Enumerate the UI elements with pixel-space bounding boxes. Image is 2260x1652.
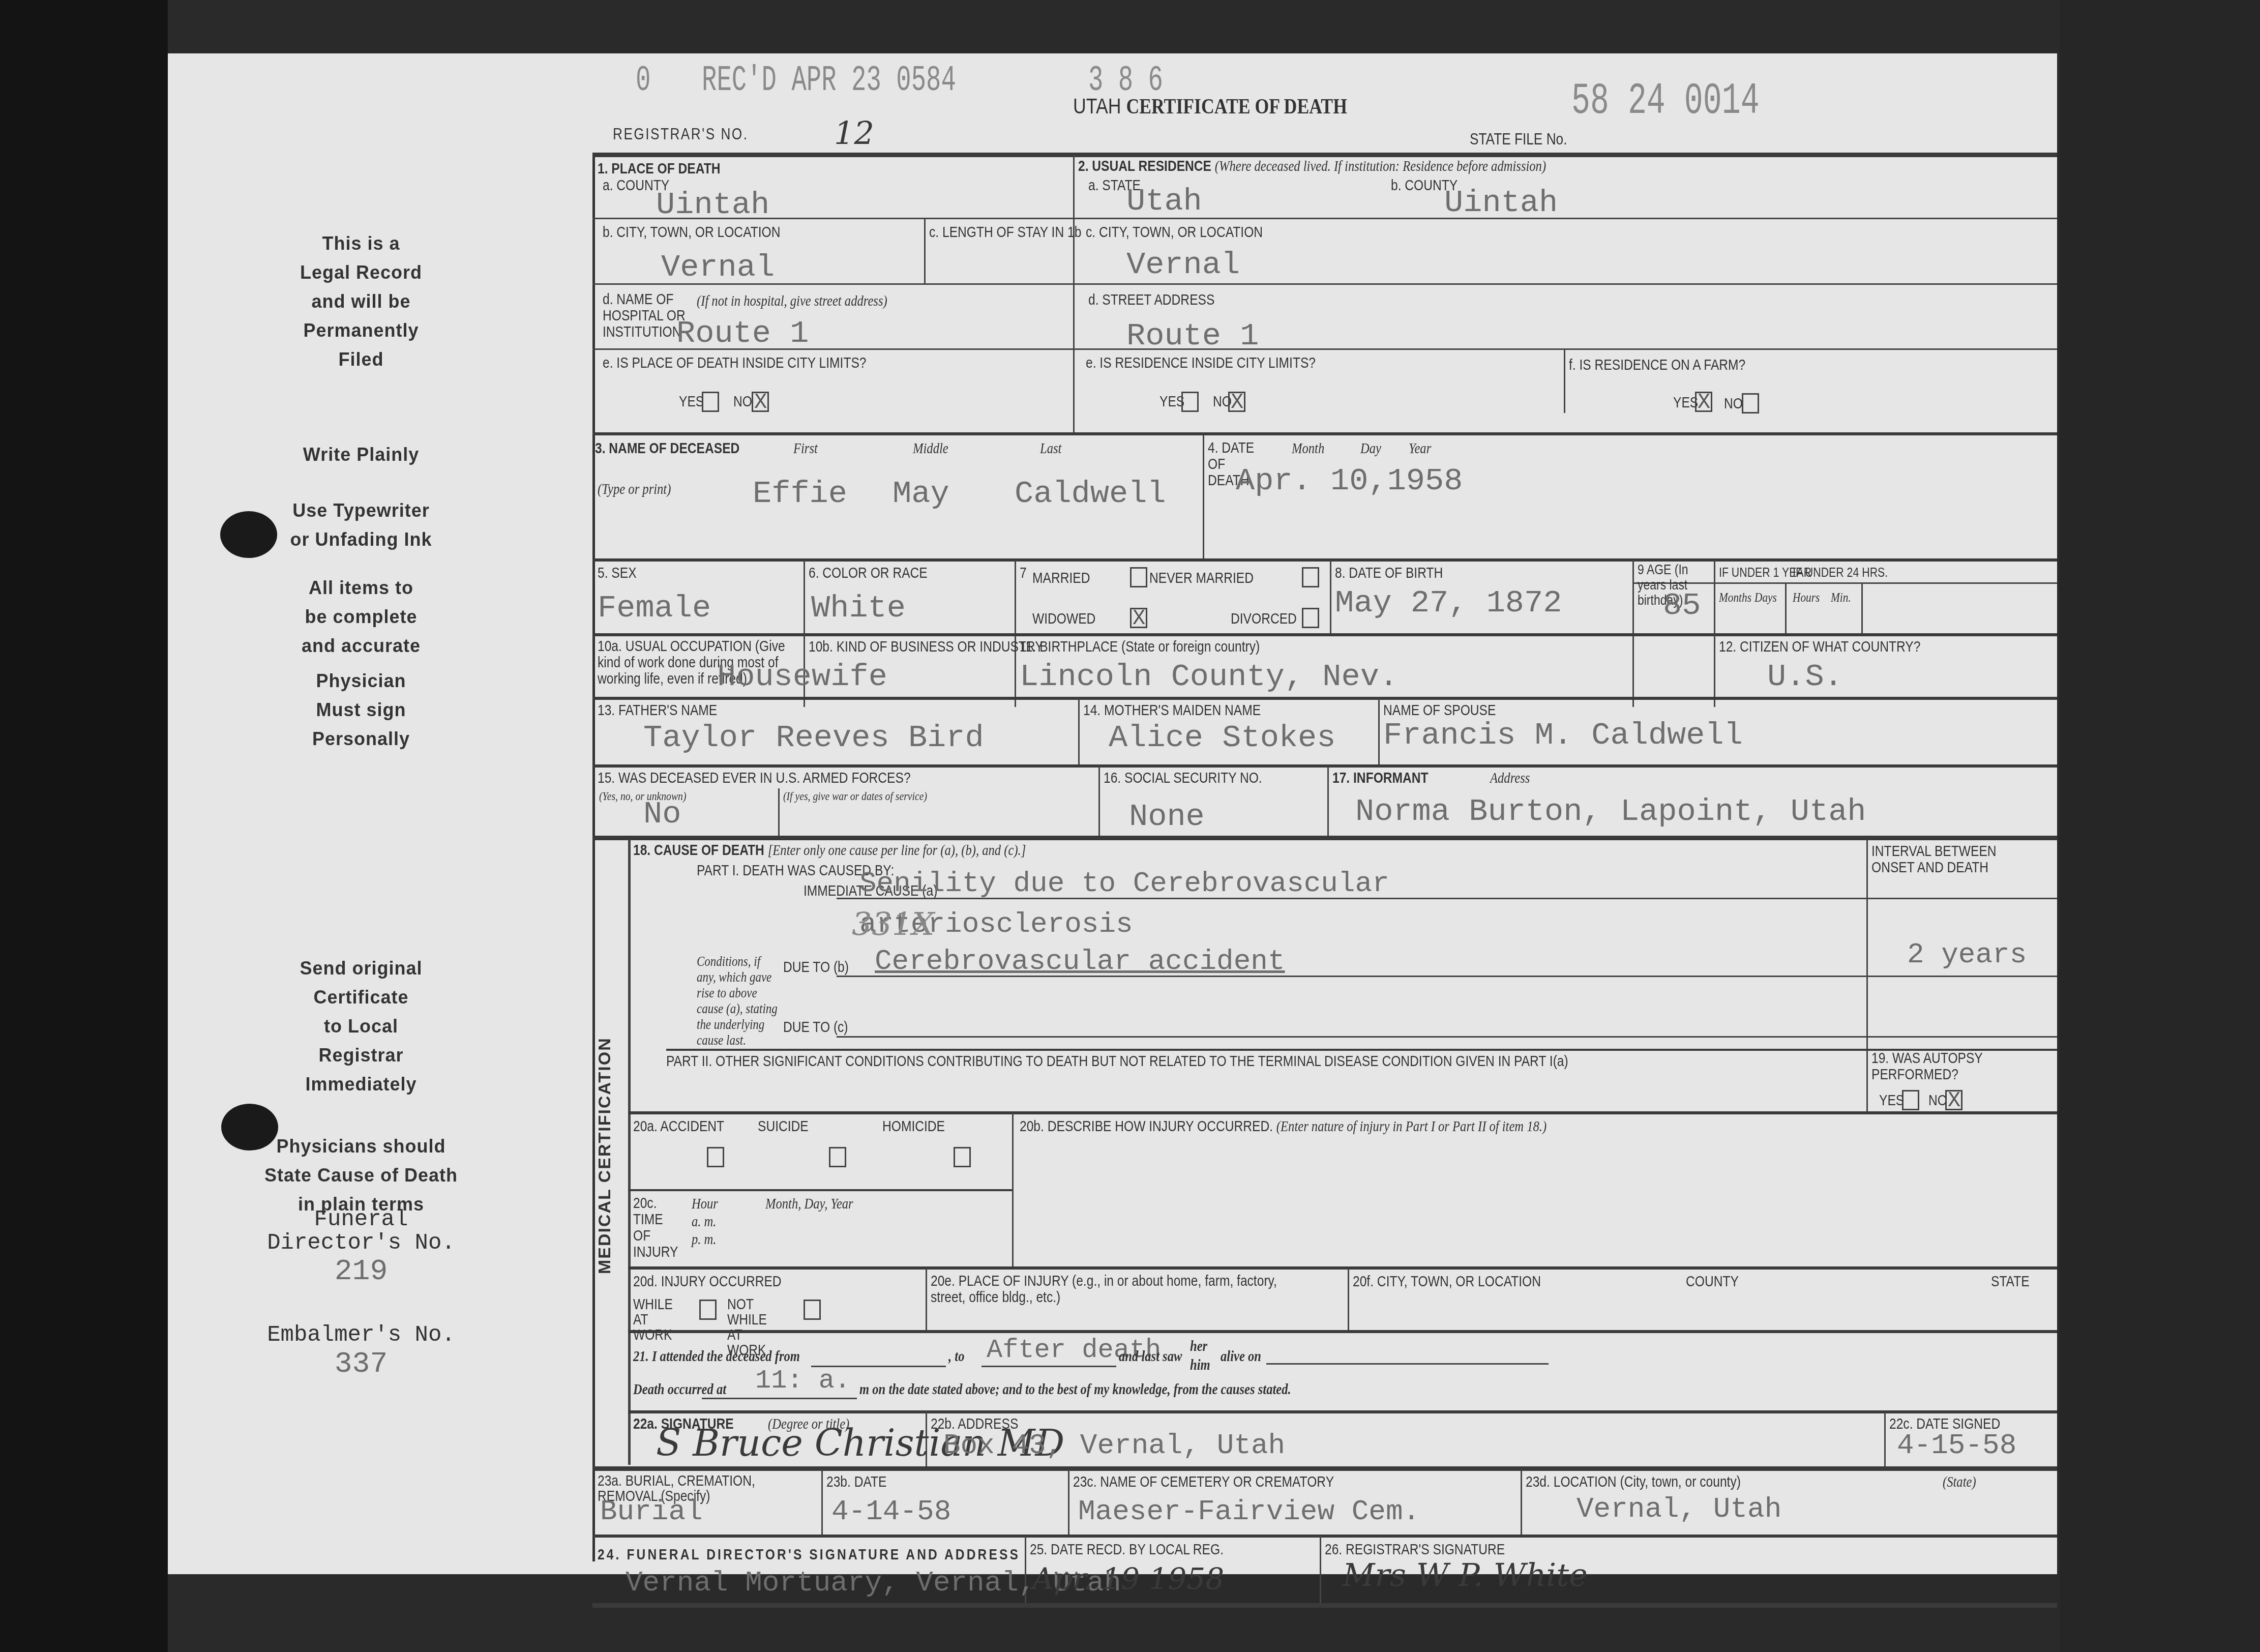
divider: [778, 788, 780, 837]
line-a: [837, 898, 2057, 899]
divider: [1320, 1536, 1321, 1605]
row-rule: [592, 1535, 2057, 1538]
state-file-number: 58 24 0014: [1571, 76, 1760, 127]
divider: [1348, 1268, 1349, 1332]
year-label: Year: [1409, 440, 1431, 457]
burial-location-label: 23d. LOCATION (City, town, or county): [1526, 1473, 1741, 1491]
dob-label: 8. DATE OF BIRTH: [1335, 565, 1443, 582]
armed-forces: No: [643, 796, 681, 832]
date-received-label: 25. DATE RECD. BY LOCAL REG.: [1030, 1541, 1224, 1558]
divider: [1073, 155, 1075, 435]
res-city: Vernal: [1126, 247, 1240, 283]
divider: [926, 1268, 927, 1332]
sex: Female: [598, 590, 711, 626]
autopsy-yes-checkbox[interactable]: [1902, 1090, 1919, 1110]
row-rule: [592, 1466, 2057, 1471]
injury-state-label: STATE: [1991, 1273, 2030, 1290]
registrars-no-label: REGISTRAR'S NO.: [613, 125, 748, 143]
name-hint: (Type or print): [598, 481, 671, 498]
place-of-death-hospital: Route 1: [676, 315, 809, 351]
death-time-line: [702, 1398, 857, 1399]
row-rule: [628, 1410, 2057, 1413]
deceased-last: Caldwell: [1015, 476, 1166, 512]
margin-note-send-original: Send original Certificate to Local Regis…: [168, 954, 554, 1099]
citizen-label: 12. CITIZEN OF WHAT COUNTRY?: [1719, 638, 1920, 656]
burial-location: Vernal, Utah: [1577, 1493, 1781, 1525]
res-county: Uintah: [1444, 185, 1558, 221]
place-of-death-label: 1. PLACE OF DEATH: [598, 160, 720, 178]
divider: [1330, 559, 1331, 634]
ssn: None: [1129, 799, 1205, 835]
farm-yes-checkbox[interactable]: [1695, 392, 1712, 412]
death-occurred-suffix: m on the date stated above; and to the b…: [859, 1381, 1291, 1398]
widowed-checkbox[interactable]: [1130, 608, 1147, 628]
divider: [924, 219, 926, 284]
line-c: [837, 1036, 2057, 1038]
homicide-label: HOMICIDE: [882, 1118, 945, 1135]
birthplace-label: 11. BIRTHPLACE (State or foreign country…: [1020, 638, 1260, 656]
autopsy-label: 19. WAS AUTOPSY PERFORMED?: [1871, 1050, 2026, 1083]
registrar-signature: Mrs W P. White: [1343, 1556, 1588, 1594]
hospital-label: d. NAME OFHOSPITAL ORINSTITUTION: [603, 291, 686, 340]
accident-checkbox[interactable]: [707, 1147, 724, 1167]
married-checkbox[interactable]: [1130, 567, 1147, 587]
res-yes-label: YES: [1159, 393, 1184, 410]
title-text: CERTIFICATE OF DEATH: [1126, 95, 1347, 119]
divorced-label: DIVORCED: [1231, 610, 1297, 628]
city-label: b. CITY, TOWN, OR LOCATION: [603, 224, 780, 241]
date-of-birth: May 27, 1872: [1335, 585, 1562, 621]
injury-occurred-label: 20d. INJURY OCCURRED: [633, 1273, 782, 1290]
certificate-title: UTAH CERTIFICATE OF DEATH: [1073, 94, 1347, 119]
middle-label: Middle: [913, 440, 948, 457]
hours-label: Hours: [1793, 590, 1820, 605]
burial-date: 4-14-58: [831, 1495, 951, 1528]
last-saw-label: and last saw: [1119, 1348, 1182, 1365]
due-to-b-label: DUE TO (b): [783, 959, 849, 976]
pm-label: p. m.: [692, 1231, 717, 1248]
margin-note-legal-record: This is a Legal Record and will be Perma…: [168, 229, 554, 374]
usual-residence-label: 2. USUAL RESIDENCE (Where deceased lived…: [1078, 158, 1546, 175]
res-inside-city-label: e. IS RESIDENCE INSIDE CITY LIMITS?: [1086, 355, 1316, 372]
disposition: Burial: [600, 1495, 703, 1528]
pod-inside-city-yes-checkbox[interactable]: [702, 392, 719, 412]
cemetery: Maeser-Fairview Cem.: [1078, 1495, 1420, 1528]
row-rule: [666, 1049, 2057, 1051]
deceased-middle: May: [893, 476, 949, 512]
never-married-label: NEVER MARRIED: [1149, 570, 1254, 587]
under-24-hrs-label: IF UNDER 24 HRS.: [1793, 565, 1888, 580]
farm-no-label: NO: [1724, 395, 1743, 412]
her-label: her: [1190, 1338, 1207, 1355]
birthplace: Lincoln County, Nev.: [1020, 659, 1398, 695]
row-rule: [592, 764, 2057, 768]
never-married-checkbox[interactable]: [1302, 567, 1319, 587]
divider: [1327, 765, 1329, 837]
attended-to-label: , to: [948, 1348, 964, 1365]
row-rule: [592, 348, 2057, 350]
farm-yes-label: YES: [1673, 394, 1698, 411]
row-rule: [592, 218, 2057, 219]
due-to-b: Cerebrovascular accident: [875, 945, 1285, 978]
him-label: him: [1190, 1356, 1210, 1374]
funeral-director-label: 24. FUNERAL DIRECTOR'S SIGNATURE AND ADD…: [598, 1546, 1020, 1563]
last-label: Last: [1040, 440, 1061, 457]
physician-address: Box 43, Vernal, Utah: [943, 1429, 1285, 1462]
name-deceased-label: 3. NAME OF DECEASED: [595, 440, 739, 457]
mother-label: 14. MOTHER'S MAIDEN NAME: [1083, 702, 1261, 719]
divider: [1564, 349, 1565, 413]
margin-note-complete: All items to be complete and accurate: [168, 573, 554, 660]
place-injury-label: 20e. PLACE OF INJURY (e.g., in or about …: [931, 1273, 1306, 1306]
autopsy-no-label: NO: [1928, 1092, 1947, 1109]
divider: [1078, 698, 1080, 765]
row-rule: [628, 1189, 1012, 1191]
time-injury-label: 20c. TIME OF INJURY: [633, 1195, 679, 1260]
row-rule: [592, 836, 2057, 840]
pod-no-label: NO: [733, 393, 752, 410]
date-signed: 4-15-58: [1897, 1429, 2016, 1462]
registrar-signature-label: 26. REGISTRAR'S SIGNATURE: [1325, 1541, 1505, 1558]
res-city-label: c. CITY, TOWN, OR LOCATION: [1086, 224, 1263, 241]
day-label: Day: [1360, 440, 1381, 457]
days-label: Days: [1755, 590, 1777, 605]
immediate-cause-line1: Senility due to Cerebrovascular: [859, 867, 1389, 900]
death-occurred-label: Death occurred at: [633, 1381, 726, 1398]
divider: [1378, 698, 1380, 765]
describe-injury-label: 20b. DESCRIBE HOW INJURY OCCURRED. (Ente…: [1020, 1118, 1547, 1135]
months-label: Months: [1719, 590, 1751, 605]
row-rule: [592, 697, 2057, 700]
month-label: Month: [1292, 440, 1324, 457]
min-label: Min.: [1831, 590, 1851, 605]
divider: [1884, 1411, 1886, 1467]
armed-forces-hint-2: (If yes, give war or dates of service): [783, 790, 927, 804]
row-rule: [628, 1330, 2057, 1333]
while-at-work-checkbox[interactable]: [699, 1300, 717, 1320]
address-label: Address: [1490, 770, 1530, 787]
stamp-received: REC'D APR 23 0584: [702, 61, 956, 101]
divider: [1785, 582, 1787, 634]
burial-date-label: 23b. DATE: [826, 1473, 887, 1491]
age: 85: [1663, 587, 1701, 624]
film-border-right: [2060, 0, 2260, 1652]
divider: [1866, 839, 1868, 1111]
stamp-prefix: 0: [636, 61, 650, 101]
autopsy-yes-label: YES: [1879, 1092, 1904, 1109]
autopsy-no-checkbox[interactable]: [1945, 1090, 1962, 1110]
spouse-name: Francis M. Caldwell: [1383, 717, 1743, 753]
hospital-hint: (If not in hospital, give street address…: [697, 292, 887, 310]
length-of-stay-label: c. LENGTH OF STAY IN 1b: [929, 224, 1081, 241]
injury-county-label: COUNTY: [1686, 1273, 1739, 1290]
alive-on-line: [1266, 1363, 1549, 1365]
date-received: Apr. 19 1958: [1032, 1561, 1224, 1596]
pod-inside-city-no-checkbox[interactable]: [752, 392, 769, 412]
margin-note-typewriter: Use Typewriter or Unfading Ink: [168, 496, 554, 554]
res-inside-city-yes-checkbox[interactable]: [1181, 392, 1199, 412]
hour-label: Hour: [692, 1195, 718, 1213]
mother-name: Alice Stokes: [1109, 720, 1335, 756]
line-b: [837, 976, 2057, 977]
not-while-at-work-checkbox[interactable]: [804, 1300, 821, 1320]
burial-state-label: (State): [1943, 1473, 1976, 1491]
father-name: Taylor Reeves Bird: [643, 720, 984, 756]
divorced-checkbox[interactable]: [1302, 608, 1319, 628]
registrars-no: 12: [834, 114, 874, 152]
row-rule: [592, 558, 2057, 562]
race: White: [811, 590, 906, 626]
attended-to-line: [982, 1366, 1116, 1367]
armed-forces-label: 15. WAS DECEASED EVER IN U.S. ARMED FORC…: [598, 770, 911, 787]
while-at-work-label: WHILE AT WORK: [633, 1297, 679, 1343]
sex-label: 5. SEX: [598, 565, 637, 582]
father-label: 13. FATHER'S NAME: [598, 702, 717, 719]
state-file-no-label: STATE FILE No.: [1470, 130, 1567, 149]
row-rule: [628, 1266, 2057, 1270]
margin-note-write-plainly: Write Plainly: [168, 440, 554, 469]
pod-yes-label: YES: [679, 393, 704, 410]
form-top-rule: [592, 153, 2057, 157]
married-label: MARRIED: [1032, 570, 1090, 587]
attended-label: 21. I attended the deceased from: [633, 1348, 800, 1365]
medical-certification-label: MEDICAL CERTIFICATION: [595, 1037, 615, 1274]
widowed-label: WIDOWED: [1032, 610, 1095, 628]
interval: 2 years: [1907, 938, 2027, 971]
homicide-checkbox[interactable]: [954, 1147, 971, 1167]
divider: [821, 1470, 823, 1536]
cemetery-label: 23c. NAME OF CEMETERY OR CREMATORY: [1073, 1473, 1334, 1491]
cause-label: 18. CAUSE OF DEATH [Enter only one cause…: [633, 842, 1026, 859]
funeral-director-no: 219: [168, 1255, 554, 1288]
divider: [1203, 435, 1204, 559]
deceased-first: Effie: [753, 476, 847, 512]
interval-label: INTERVAL BETWEEN ONSET AND DEATH: [1871, 843, 2042, 876]
row-rule: [592, 633, 2057, 636]
suicide-label: SUICIDE: [758, 1118, 809, 1135]
informant-label: 17. INFORMANT: [1332, 770, 1429, 787]
marital-label: 7: [1020, 565, 1027, 582]
street-label: d. STREET ADDRESS: [1088, 291, 1214, 309]
film-border-left: [0, 0, 168, 1652]
first-label: First: [793, 440, 818, 457]
am-label: a. m.: [692, 1213, 717, 1230]
row-rule: [592, 283, 2057, 285]
due-to-c-label: DUE TO (c): [783, 1019, 848, 1036]
date-of-death: Apr. 10,1958: [1236, 463, 1463, 499]
funeral-director-no-label: Funeral Director's No.: [168, 1208, 554, 1255]
certificate-page: This is a Legal Record and will be Perma…: [168, 53, 2057, 1574]
divider: [1068, 1470, 1069, 1536]
divider: [804, 559, 805, 634]
alive-on-label: alive on: [1221, 1348, 1261, 1365]
part2-label: PART II. OTHER SIGNIFICANT CONDITIONS CO…: [666, 1053, 1568, 1070]
row-rule: [628, 1111, 2057, 1114]
medical-divider: [628, 839, 631, 1465]
form-bottom-rule: [592, 1603, 2057, 1608]
business-label: 10b. KIND OF BUSINESS OR INDUSTRY: [809, 638, 1044, 656]
divider: [1714, 559, 1715, 634]
title-state: UTAH: [1073, 94, 1121, 118]
citizen: U.S.: [1767, 659, 1843, 695]
farm-no-checkbox[interactable]: [1742, 393, 1759, 414]
mdy-label: Month, Day, Year: [765, 1195, 853, 1213]
inside-city-label: e. IS PLACE OF DEATH INSIDE CITY LIMITS?: [603, 355, 867, 372]
race-label: 6. COLOR OR RACE: [809, 565, 928, 582]
accident-label: 20a. ACCIDENT: [633, 1118, 724, 1135]
res-inside-city-no-checkbox[interactable]: [1228, 392, 1245, 412]
spouse-label: NAME OF SPOUSE: [1383, 702, 1496, 719]
divider: [1012, 1113, 1014, 1268]
conditions-note: Conditions, if any, which gave rise to a…: [697, 954, 780, 1048]
divider: [1521, 1470, 1522, 1536]
code-annotation: 331X: [852, 905, 934, 942]
place-of-death-city: Vernal: [661, 249, 775, 285]
informant: Norma Burton, Lapoint, Utah: [1355, 793, 1866, 830]
res-state: Utah: [1126, 183, 1202, 219]
suicide-checkbox[interactable]: [829, 1147, 846, 1167]
death-time: 11: a.: [755, 1366, 850, 1396]
embalmer-no-label: Embalmer's No.: [168, 1322, 554, 1348]
farm-label: f. IS RESIDENCE ON A FARM?: [1569, 357, 1745, 374]
injury-city-label: 20f. CITY, TOWN, OR LOCATION: [1353, 1273, 1541, 1290]
divider: [1861, 582, 1863, 634]
margin-note-cause-plain: Physicians should State Cause of Death i…: [168, 1132, 554, 1219]
occupation: Housewife: [717, 659, 887, 695]
embalmer-no: 337: [168, 1348, 554, 1381]
margin-note-physician-sign: Physician Must sign Personally: [168, 666, 554, 753]
divider: [1098, 765, 1100, 837]
divider: [1714, 634, 1715, 707]
row-rule: [592, 432, 2057, 435]
ssn-label: 16. SOCIAL SECURITY NO.: [1104, 770, 1262, 787]
